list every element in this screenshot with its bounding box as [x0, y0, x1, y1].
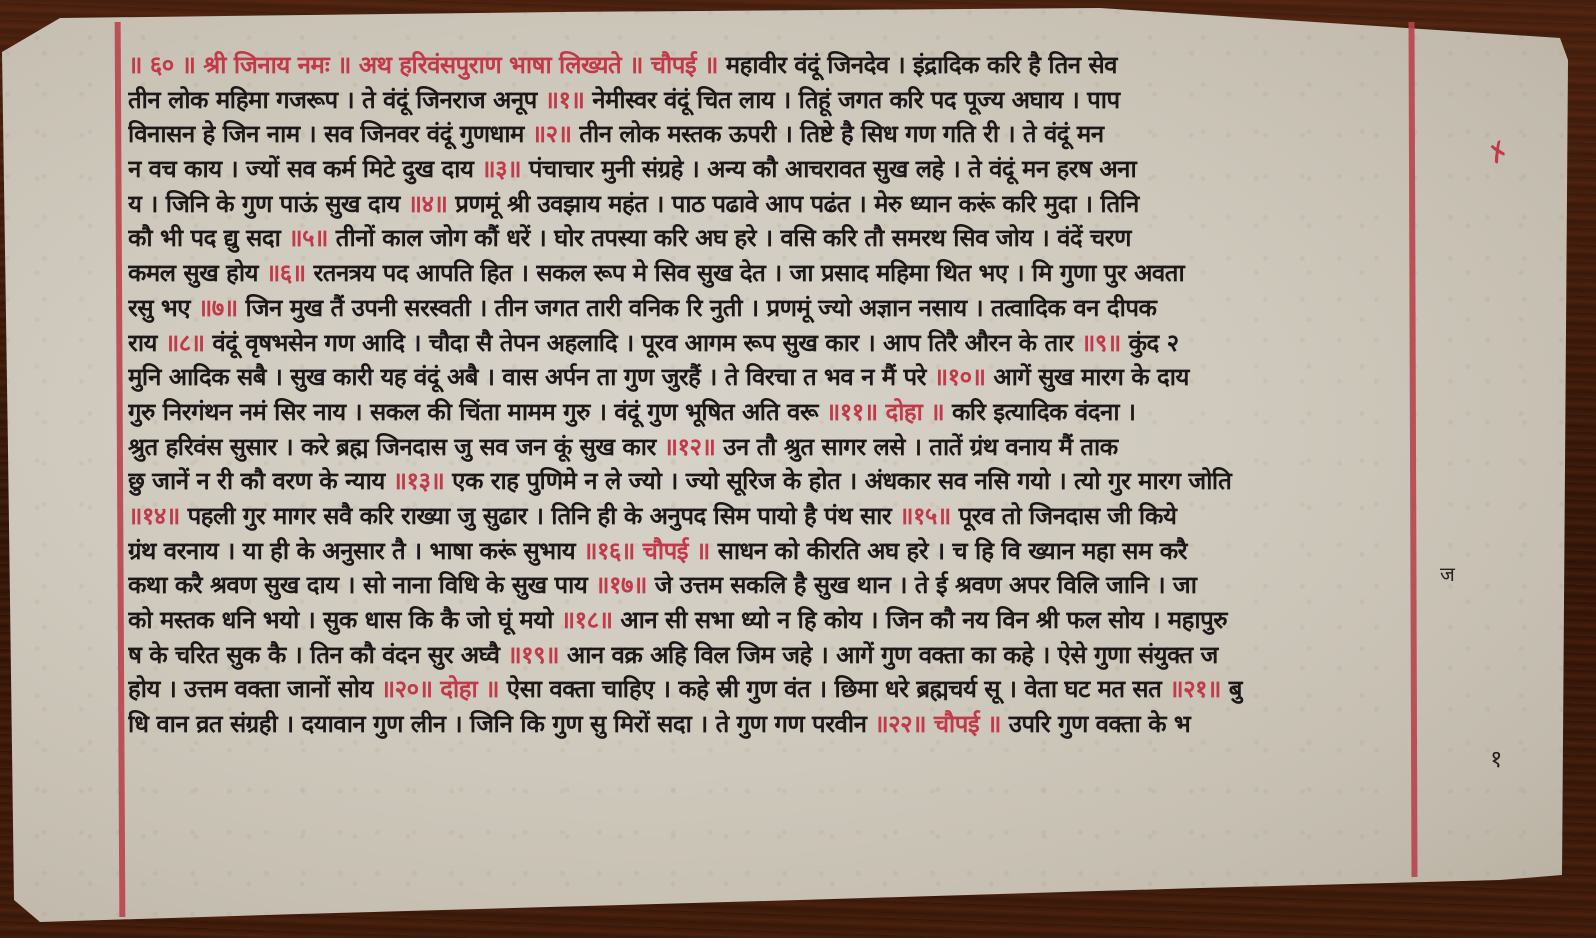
rubric-text: ॥१७॥ [595, 571, 647, 599]
manuscript-line: कमल सुख होय ॥६॥ रतनत्रय पद आपति हित । सक… [128, 256, 1418, 291]
manuscript-line: कौ भी पद द्यु सदा ॥५॥ तीनों काल जोग कौं … [128, 221, 1418, 256]
script-text: ऐसा वक्ता चाहिए । कहे स्री गुण वंत । छिम… [499, 675, 1169, 703]
script-text: कमल सुख होय [128, 259, 266, 287]
script-text: जे उत्तम सकलि है सुख थान । ते ई श्रवण अप… [647, 571, 1197, 599]
manuscript-line: मुनि आदिक सबै । सुख कारी यह वंदूं अबै । … [128, 360, 1418, 395]
rubric-text: ॥१४॥ [128, 502, 180, 530]
rubric-text: ॥१॥ [545, 86, 585, 114]
script-text: पहली गुर मागर सवै करि राख्या जु सुढार । … [180, 502, 899, 530]
script-text: तीनों काल जोग कौं धरें । घोर तपस्या करि … [328, 224, 1131, 252]
manuscript-folio: ॥ ६० ॥ श्री जिनाय नमः ॥ अथ हरिवंसपुराण भ… [0, 0, 1596, 938]
script-text: प्रणमूं श्री उवझाय महंत । पाठ पढावे आप प… [447, 190, 1138, 218]
rubric-text: ॥२०॥ दोहा ॥ [381, 675, 499, 703]
manuscript-line: राय ॥८॥ वंदूं वृषभसेन गण आदि । चौदा सै त… [128, 326, 1418, 361]
script-text: आन सी सभा ध्यो न हि कोय । जिन कौ नय विन … [612, 606, 1227, 634]
script-text: वंदूं वृषभसेन गण आदि । चौदा सै तेपन अहला… [205, 329, 1081, 357]
manuscript-line: गुरु निरगंथन नमं सिर नाय । सकल की चिंता … [128, 395, 1418, 430]
rubric-text: ॥३॥ [481, 155, 521, 183]
manuscript-line: न वच काय । ज्यों सव कर्म मिटे दुख दाय ॥३… [128, 152, 1418, 187]
script-text: छु जानें न री कौ वरण के न्याय [128, 467, 393, 495]
manuscript-line: ॥ ६० ॥ श्री जिनाय नमः ॥ अथ हरिवंसपुराण भ… [128, 48, 1418, 83]
manuscript-line: को मस्तक धनि भयो । सुक धास कि कै जो घूं … [128, 603, 1418, 638]
manuscript-line: छु जानें न री कौ वरण के न्याय ॥१३॥ एक रा… [128, 464, 1418, 499]
script-text: विनासन हे जिन नाम । सव जिनवर वंदूं गुणधा… [128, 120, 532, 148]
rubric-text: ॥११॥ दोहा ॥ [826, 398, 944, 426]
script-text: ग्रंथ वरनाय । या ही के अनुसार तै । भाषा … [128, 537, 583, 565]
script-text: पूरव तो जिनदास जी किये [951, 502, 1177, 530]
script-text: उन तौ श्रुत सागर लसे । तातें ग्रंथ वनाय … [715, 433, 1117, 461]
script-text: पंचाचार मुनी संग्रहे । अन्य कौ आचरावत सु… [521, 155, 1136, 183]
script-text: महावीर वंदूं जिनदेव । इंद्रादिक करि है त… [718, 51, 1117, 79]
script-text: न वच काय । ज्यों सव कर्म मिटे दुख दाय [128, 155, 481, 183]
rubric-text: ॥१०॥ [934, 363, 986, 391]
manuscript-line: कथा करै श्रवण सुख दाय । सो नाना विधि के … [128, 568, 1418, 603]
rubric-text: ॥२२॥ चौपई ॥ [874, 710, 1001, 738]
rubric-text: ॥७॥ [198, 294, 238, 322]
rubric-text: ॥१९॥ [507, 641, 559, 669]
rubric-text: ॥१८॥ [561, 606, 613, 634]
script-text: मुनि आदिक सबै । सुख कारी यह वंदूं अबै । … [128, 363, 934, 391]
script-text: आगें सुख मारग के दाय [985, 363, 1188, 391]
manuscript-line: तीन लोक महिमा गजरूप । ते वंदूं जिनराज अन… [128, 83, 1418, 118]
manuscript-line: श्रुत हरिवंस सुसार । करे ब्रह्म जिनदास ज… [128, 430, 1418, 465]
script-text: य । जिनि के गुण पाऊं सुख दाय [128, 190, 408, 218]
script-text: धि वान व्रत संग्रही । दयावान गुण लीन । ज… [128, 710, 874, 738]
script-text: ष के चरित सुक कै । तिन कौ वंदन सुर अघ्वै [128, 641, 507, 669]
script-text: श्रुत हरिवंस सुसार । करे ब्रह्म जिनदास ज… [128, 433, 664, 461]
rubric-text: ॥८॥ [165, 329, 205, 357]
script-text: राय [128, 329, 165, 357]
manuscript-line: ग्रंथ वरनाय । या ही के अनुसार तै । भाषा … [128, 534, 1418, 569]
rubric-text: ॥१५॥ [899, 502, 951, 530]
rubric-text: ॥१६॥ चौपई ॥ [583, 537, 710, 565]
rubric-text: ॥१३॥ [393, 467, 445, 495]
script-text: जिन मुख तैं उपनी सरस्वती । तीन जगत तारी … [238, 294, 1157, 322]
rubric-text: ॥२१॥ [1169, 675, 1221, 703]
script-text: एक राह पुणिमे न ले ज्यो । ज्यो सूरिज के … [444, 467, 1231, 495]
script-text: होय । उत्तम वक्ता जानों सोय [128, 675, 381, 703]
manuscript-line: य । जिनि के गुण पाऊं सुख दाय ॥४॥ प्रणमूं… [128, 187, 1418, 222]
manuscript-line: रसु भए ॥७॥ जिन मुख तैं उपनी सरस्वती । ती… [128, 291, 1418, 326]
rubric-text: ॥४॥ [408, 190, 448, 218]
manuscript-line: ष के चरित सुक कै । तिन कौ वंदन सुर अघ्वै… [128, 638, 1418, 673]
manuscript-line: होय । उत्तम वक्ता जानों सोय ॥२०॥ दोहा ॥ … [128, 672, 1418, 707]
manuscript-line: ॥१४॥ पहली गुर मागर सवै करि राख्या जु सुढ… [128, 499, 1418, 534]
script-text: कौ भी पद द्यु सदा [128, 224, 288, 252]
margin-note-ja: ज [1440, 560, 1455, 587]
script-text: करि इत्यादिक वंदना । [944, 398, 1135, 426]
script-text: साधन को कीरति अघ हरे । च हि वि ख्यान महा… [710, 537, 1187, 565]
rubric-text: ॥२॥ [532, 120, 572, 148]
script-text: को मस्तक धनि भयो । सुक धास कि कै जो घूं … [128, 606, 561, 634]
manuscript-text-block: ॥ ६० ॥ श्री जिनाय नमः ॥ अथ हरिवंसपुराण भ… [128, 48, 1418, 742]
script-text: गुरु निरगंथन नमं सिर नाय । सकल की चिंता … [128, 398, 826, 426]
script-text: बु [1221, 675, 1242, 703]
script-text: उपरि गुण वक्ता के भ [1001, 710, 1190, 738]
script-text: तीन लोक महिमा गजरूप । ते वंदूं जिनराज अन… [128, 86, 545, 114]
script-text: नेमीस्वर वंदूं चित लाय । तिहूं जगत करि प… [584, 86, 1119, 114]
rubric-text: ॥५॥ [288, 224, 328, 252]
rubric-text: ॥ ६० ॥ श्री जिनाय नमः ॥ अथ हरिवंसपुराण भ… [128, 51, 718, 79]
rubric-text: ॥९॥ [1081, 329, 1121, 357]
script-text: रसु भए [128, 294, 198, 322]
rubric-text: ॥६॥ [266, 259, 306, 287]
manuscript-line: विनासन हे जिन नाम । सव जिनवर वंदूं गुणधा… [128, 117, 1418, 152]
script-text: आन वक्र अहि विल जिम जहे । आगें गुण वक्ता… [559, 641, 1218, 669]
script-text: कुंद २ [1121, 329, 1179, 357]
folio-number: १ [1490, 742, 1502, 775]
rubric-text: ॥१२॥ [664, 433, 716, 461]
manuscript-line: धि वान व्रत संग्रही । दयावान गुण लीन । ज… [128, 707, 1418, 742]
script-text: तीन लोक मस्तक ऊपरी । तिष्टे है सिध गण गत… [572, 120, 1104, 148]
script-text: कथा करै श्रवण सुख दाय । सो नाना विधि के … [128, 571, 595, 599]
script-text: रतनत्रय पद आपति हित । सकल रूप मे सिव सुख… [306, 259, 1185, 287]
